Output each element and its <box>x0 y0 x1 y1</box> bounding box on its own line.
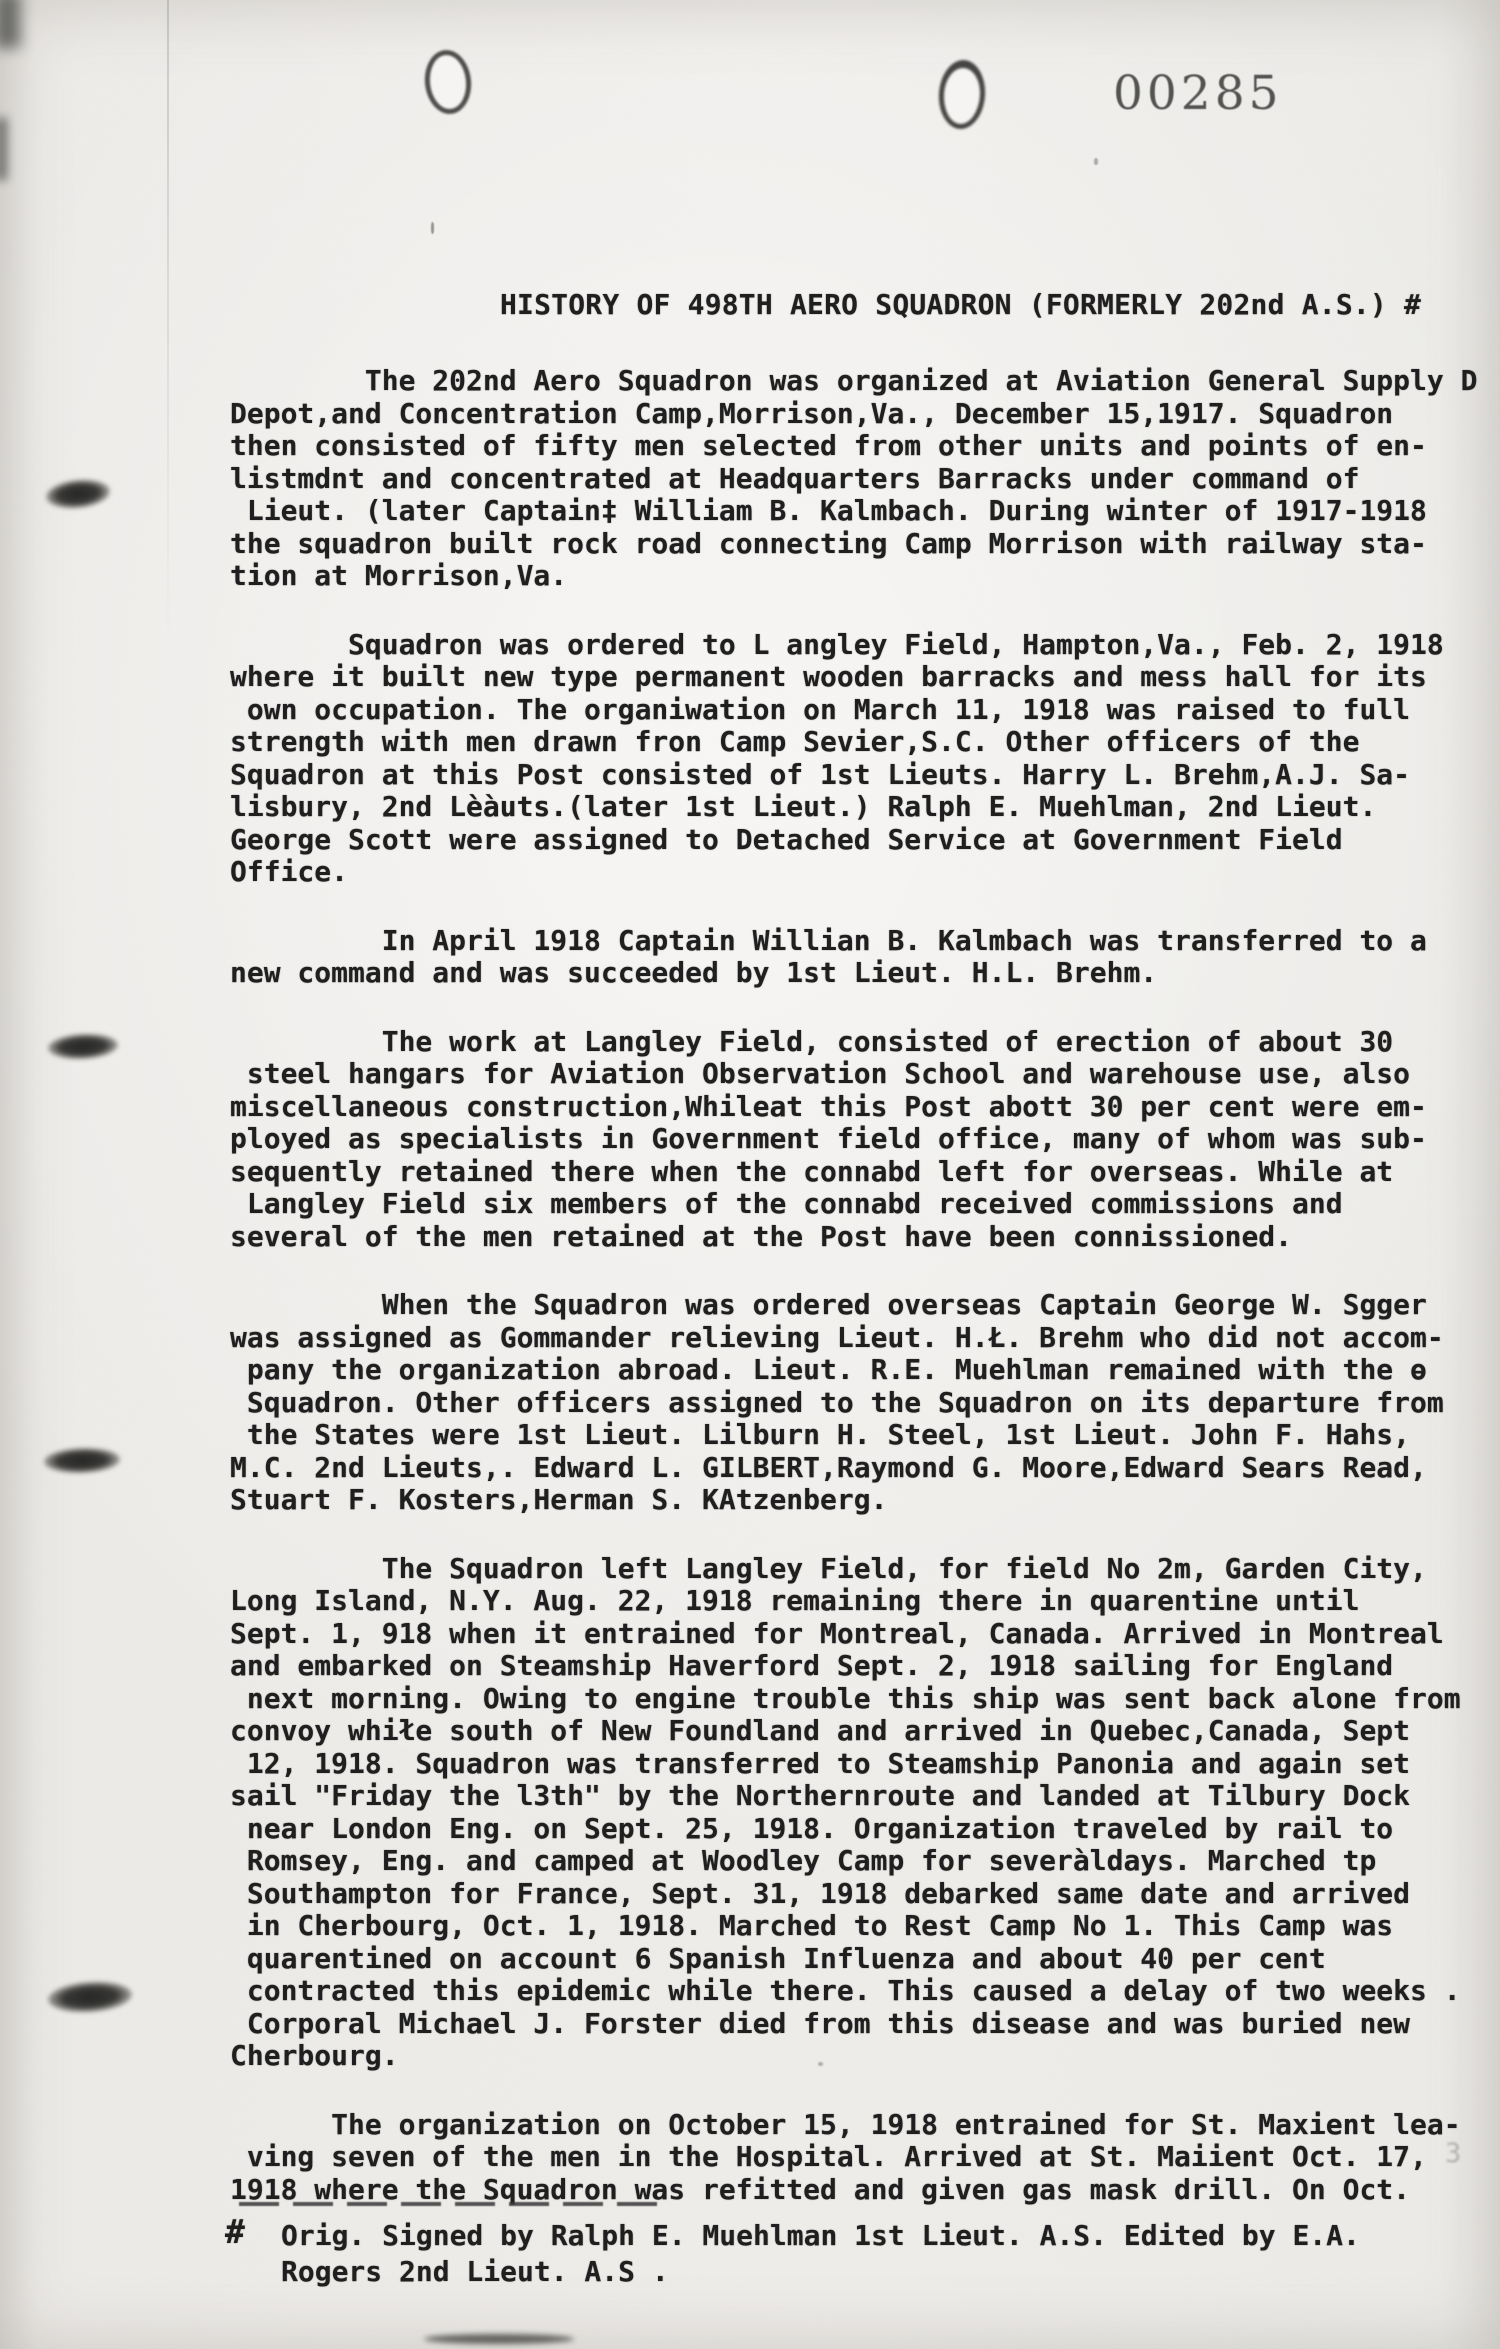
punch-hole-icon <box>937 58 988 130</box>
punch-hole-icon <box>422 48 474 116</box>
document-body: The 202nd Aero Squadron was organized at… <box>230 365 1492 2242</box>
punch-hole-shadow-icon <box>44 1447 121 1475</box>
paragraph-6: The Squadron left Langley Field, for fie… <box>230 1553 1492 2073</box>
document-title: HISTORY OF 498TH AERO SQUADRON (FORMERLY… <box>500 288 1421 321</box>
paper-crease-line <box>167 0 169 660</box>
footnote-marker: # <box>225 2214 245 2250</box>
punch-hole-shadow-icon <box>47 1979 133 2015</box>
scan-edge-shadow-top-left <box>0 0 20 48</box>
ink-speck <box>1094 158 1098 165</box>
footnote-text: Orig. Signed by Ralph E. Muehlman 1st Li… <box>281 2218 1360 2290</box>
punch-hole-shadow-icon <box>47 1032 118 1061</box>
scanned-document-page: 00285 HISTORY OF 498TH AERO SQUADRON (FO… <box>0 0 1500 2349</box>
ink-speck <box>818 2062 823 2066</box>
paragraph-4: The work at Langley Field, consisted of … <box>230 1026 1492 1254</box>
footnote-rule <box>239 2202 661 2206</box>
punch-hole-shadow-icon <box>45 477 112 512</box>
paragraph-5: When the Squadron was ordered overseas C… <box>230 1289 1492 1517</box>
paragraph-2: Squadron was ordered to L angley Field, … <box>230 629 1492 889</box>
scan-edge-shadow-left <box>0 118 7 180</box>
paragraph-3: In April 1918 Captain Willian B. Kalmbac… <box>230 925 1492 990</box>
paragraph-7: The organization on October 15, 1918 ent… <box>230 2109 1492 2207</box>
bottom-edge-smudge <box>424 2334 574 2344</box>
ink-speck <box>431 222 434 234</box>
paragraph-1: The 202nd Aero Squadron was organized at… <box>230 365 1492 593</box>
margin-smudge: 3 <box>1445 2138 1461 2169</box>
page-number-stamp: 00285 <box>1113 66 1283 121</box>
